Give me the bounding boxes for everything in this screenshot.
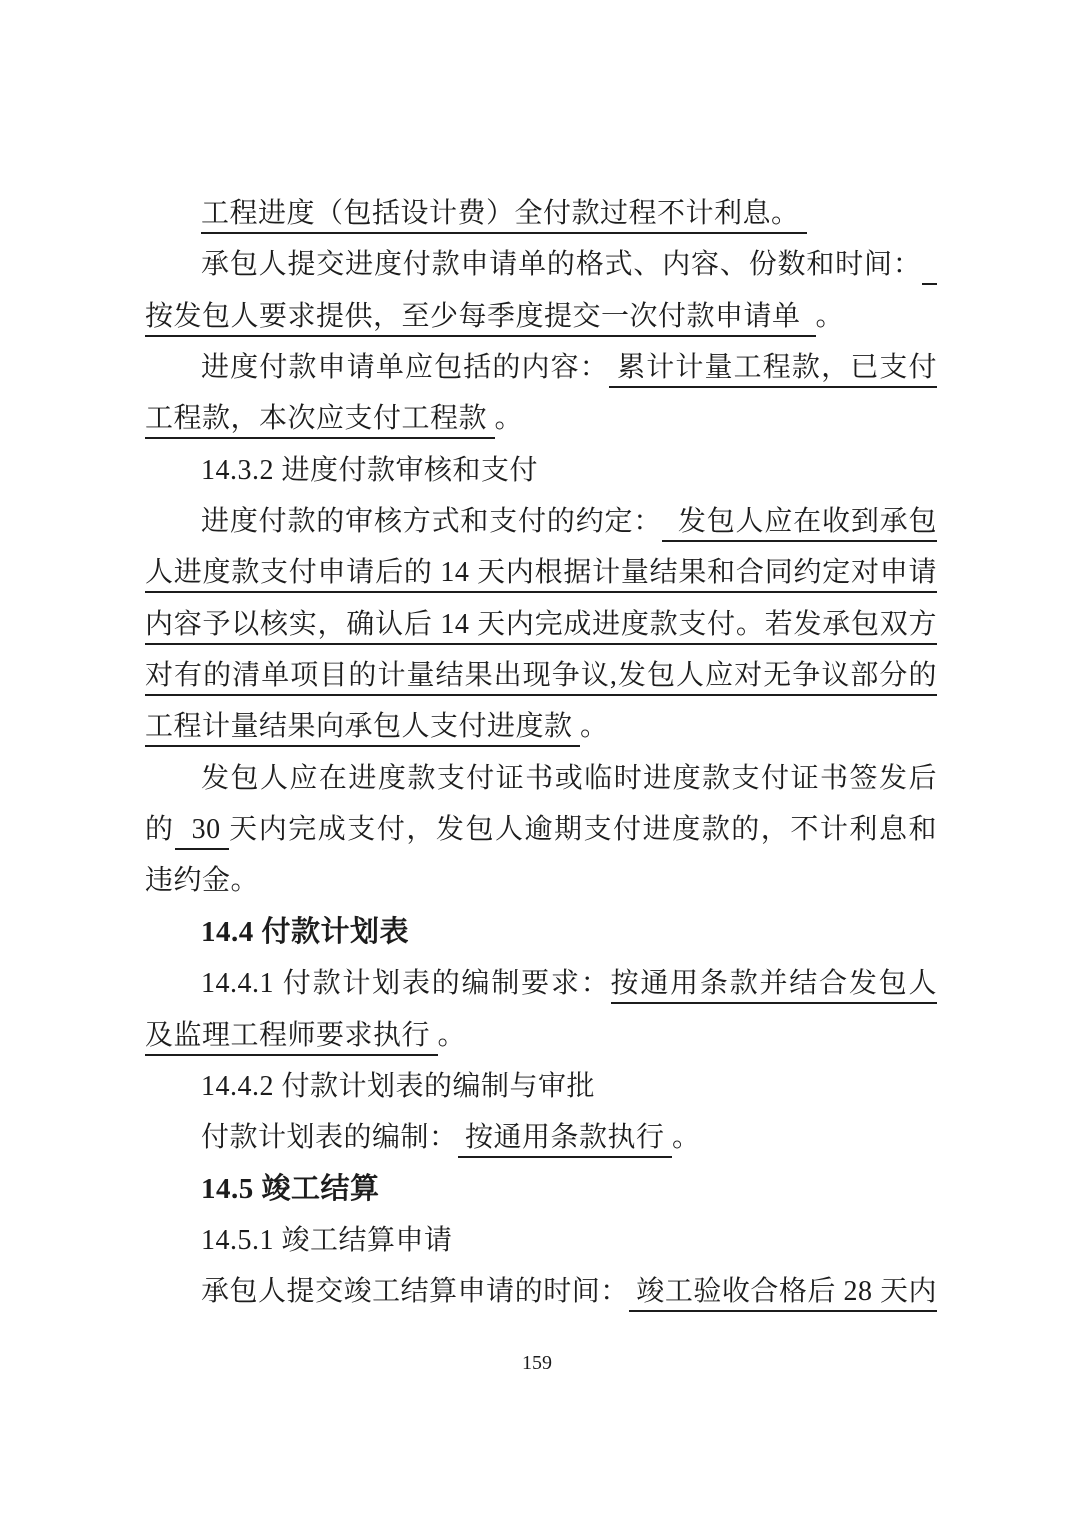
underlined-text-segment: 及监理工程师要求执行 [145,1020,438,1056]
text-segment: 发包人应在进度款支付证书或临时进度款支付证书签发后 [201,763,937,794]
text-line: 对有的清单项目的计量结果出现争议,发包人应对无争议部分的 [145,650,937,701]
text-line: 14.4.2 付款计划表的编制与审批 [145,1061,937,1112]
text-segment: 14.4.2 付款计划表的编制与审批 [201,1071,595,1102]
underlined-text-segment: 内容予以核实，确认后 14 天内完成进度款支付。若发承包双方 [145,609,937,645]
underlined-text-segment: 发包人应在收到承包 [662,506,937,542]
document-page: 工程进度（包括设计费）全付款过程不计利息。 承包人提交进度付款申请单的格式、内容… [0,0,1074,1520]
text-segment: 14.5.1 竣工结算申请 [201,1225,453,1256]
text-segment: 进度付款的审核方式和支付的约定： [201,506,662,537]
underlined-text-segment: 按通用条款并结合发包人 [611,968,937,1004]
underlined-text-segment: 累计计量工程款，已支付 [609,352,937,388]
text-segment: 违约金。 [145,865,259,896]
text-line: 付款计划表的编制： 按通用条款执行 。 [145,1112,937,1163]
text-line: 发包人应在进度款支付证书或临时进度款支付证书签发后 [145,753,937,804]
text-line: 进度付款申请单应包括的内容： 累计计量工程款，已支付 [145,342,937,393]
underlined-text-segment: 竣工验收合格后 28 天内 [629,1276,937,1312]
text-segment: 14.3.2 进度付款审核和支付 [201,455,538,486]
text-line: 工程款，本次应支付工程款 。 [145,393,937,444]
text-line: 人进度款支付申请后的 14 天内根据计量结果和合同约定对申请 [145,547,937,598]
text-line: 违约金。 [145,855,937,906]
text-segment: 。 [672,1122,701,1153]
text-segment: 。 [816,301,845,332]
text-segment: 14.4 付款计划表 [201,916,409,948]
text-line: 及监理工程师要求执行 。 [145,1010,937,1061]
text-line: 承包人提交竣工结算申请的时间： 竣工验收合格后 28 天内 [145,1266,937,1317]
text-line: 14.4.1 付款计划表的编制要求：按通用条款并结合发包人 [145,958,937,1009]
text-line: 内容予以核实，确认后 14 天内完成进度款支付。若发承包双方 [145,599,937,650]
text-line: 按发包人要求提供，至少每季度提交一次付款申请单 。 [145,291,937,342]
text-segment: 付款计划表的编制： [201,1122,458,1153]
text-segment: 。 [438,1020,467,1051]
section-heading: 14.4 付款计划表 [145,907,937,958]
underlined-text-segment: 对有的清单项目的计量结果出现争议,发包人应对无争议部分的 [145,660,937,696]
text-line: 承包人提交进度付款申请单的格式、内容、份数和时间： [145,239,937,290]
text-segment: 天内完成支付，发包人逾期支付进度款的，不计利息和 [229,814,937,845]
section-heading: 14.5 竣工结算 [145,1164,937,1215]
text-line: 的 30 天内完成支付，发包人逾期支付进度款的，不计利息和 [145,804,937,855]
text-line: 工程进度（包括设计费）全付款过程不计利息。 [145,188,937,239]
underlined-text-segment: 工程款，本次应支付工程款 [145,403,495,439]
document-body: 工程进度（包括设计费）全付款过程不计利息。 承包人提交进度付款申请单的格式、内容… [145,188,937,1318]
underlined-text-segment: 工程计量结果向承包人支付进度款 [145,711,580,747]
text-line: 14.5.1 竣工结算申请 [145,1215,937,1266]
underlined-text-segment: 工程进度（包括设计费）全付款过程不计利息。 [201,198,807,234]
text-segment: 承包人提交进度付款申请单的格式、内容、份数和时间： [201,249,922,280]
underlined-text-segment [922,249,937,285]
text-segment: 14.4.1 付款计划表的编制要求： [201,968,611,999]
text-segment: 的 [145,814,175,845]
text-segment: 。 [580,711,609,742]
underlined-text-segment: 30 [175,814,230,850]
text-segment: 承包人提交竣工结算申请的时间： [201,1276,629,1307]
underlined-text-segment: 人进度款支付申请后的 14 天内根据计量结果和合同约定对申请 [145,557,937,593]
underlined-text-segment: 按通用条款执行 [458,1122,673,1158]
text-segment: 。 [495,403,524,434]
text-segment: 14.5 竣工结算 [201,1173,380,1205]
text-line: 14.3.2 进度付款审核和支付 [145,445,937,496]
text-segment: 进度付款申请单应包括的内容： [201,352,609,383]
page-number: 159 [0,1352,1074,1375]
underlined-text-segment: 按发包人要求提供，至少每季度提交一次付款申请单 [145,301,816,337]
text-line: 工程计量结果向承包人支付进度款 。 [145,701,937,752]
text-line: 进度付款的审核方式和支付的约定： 发包人应在收到承包 [145,496,937,547]
